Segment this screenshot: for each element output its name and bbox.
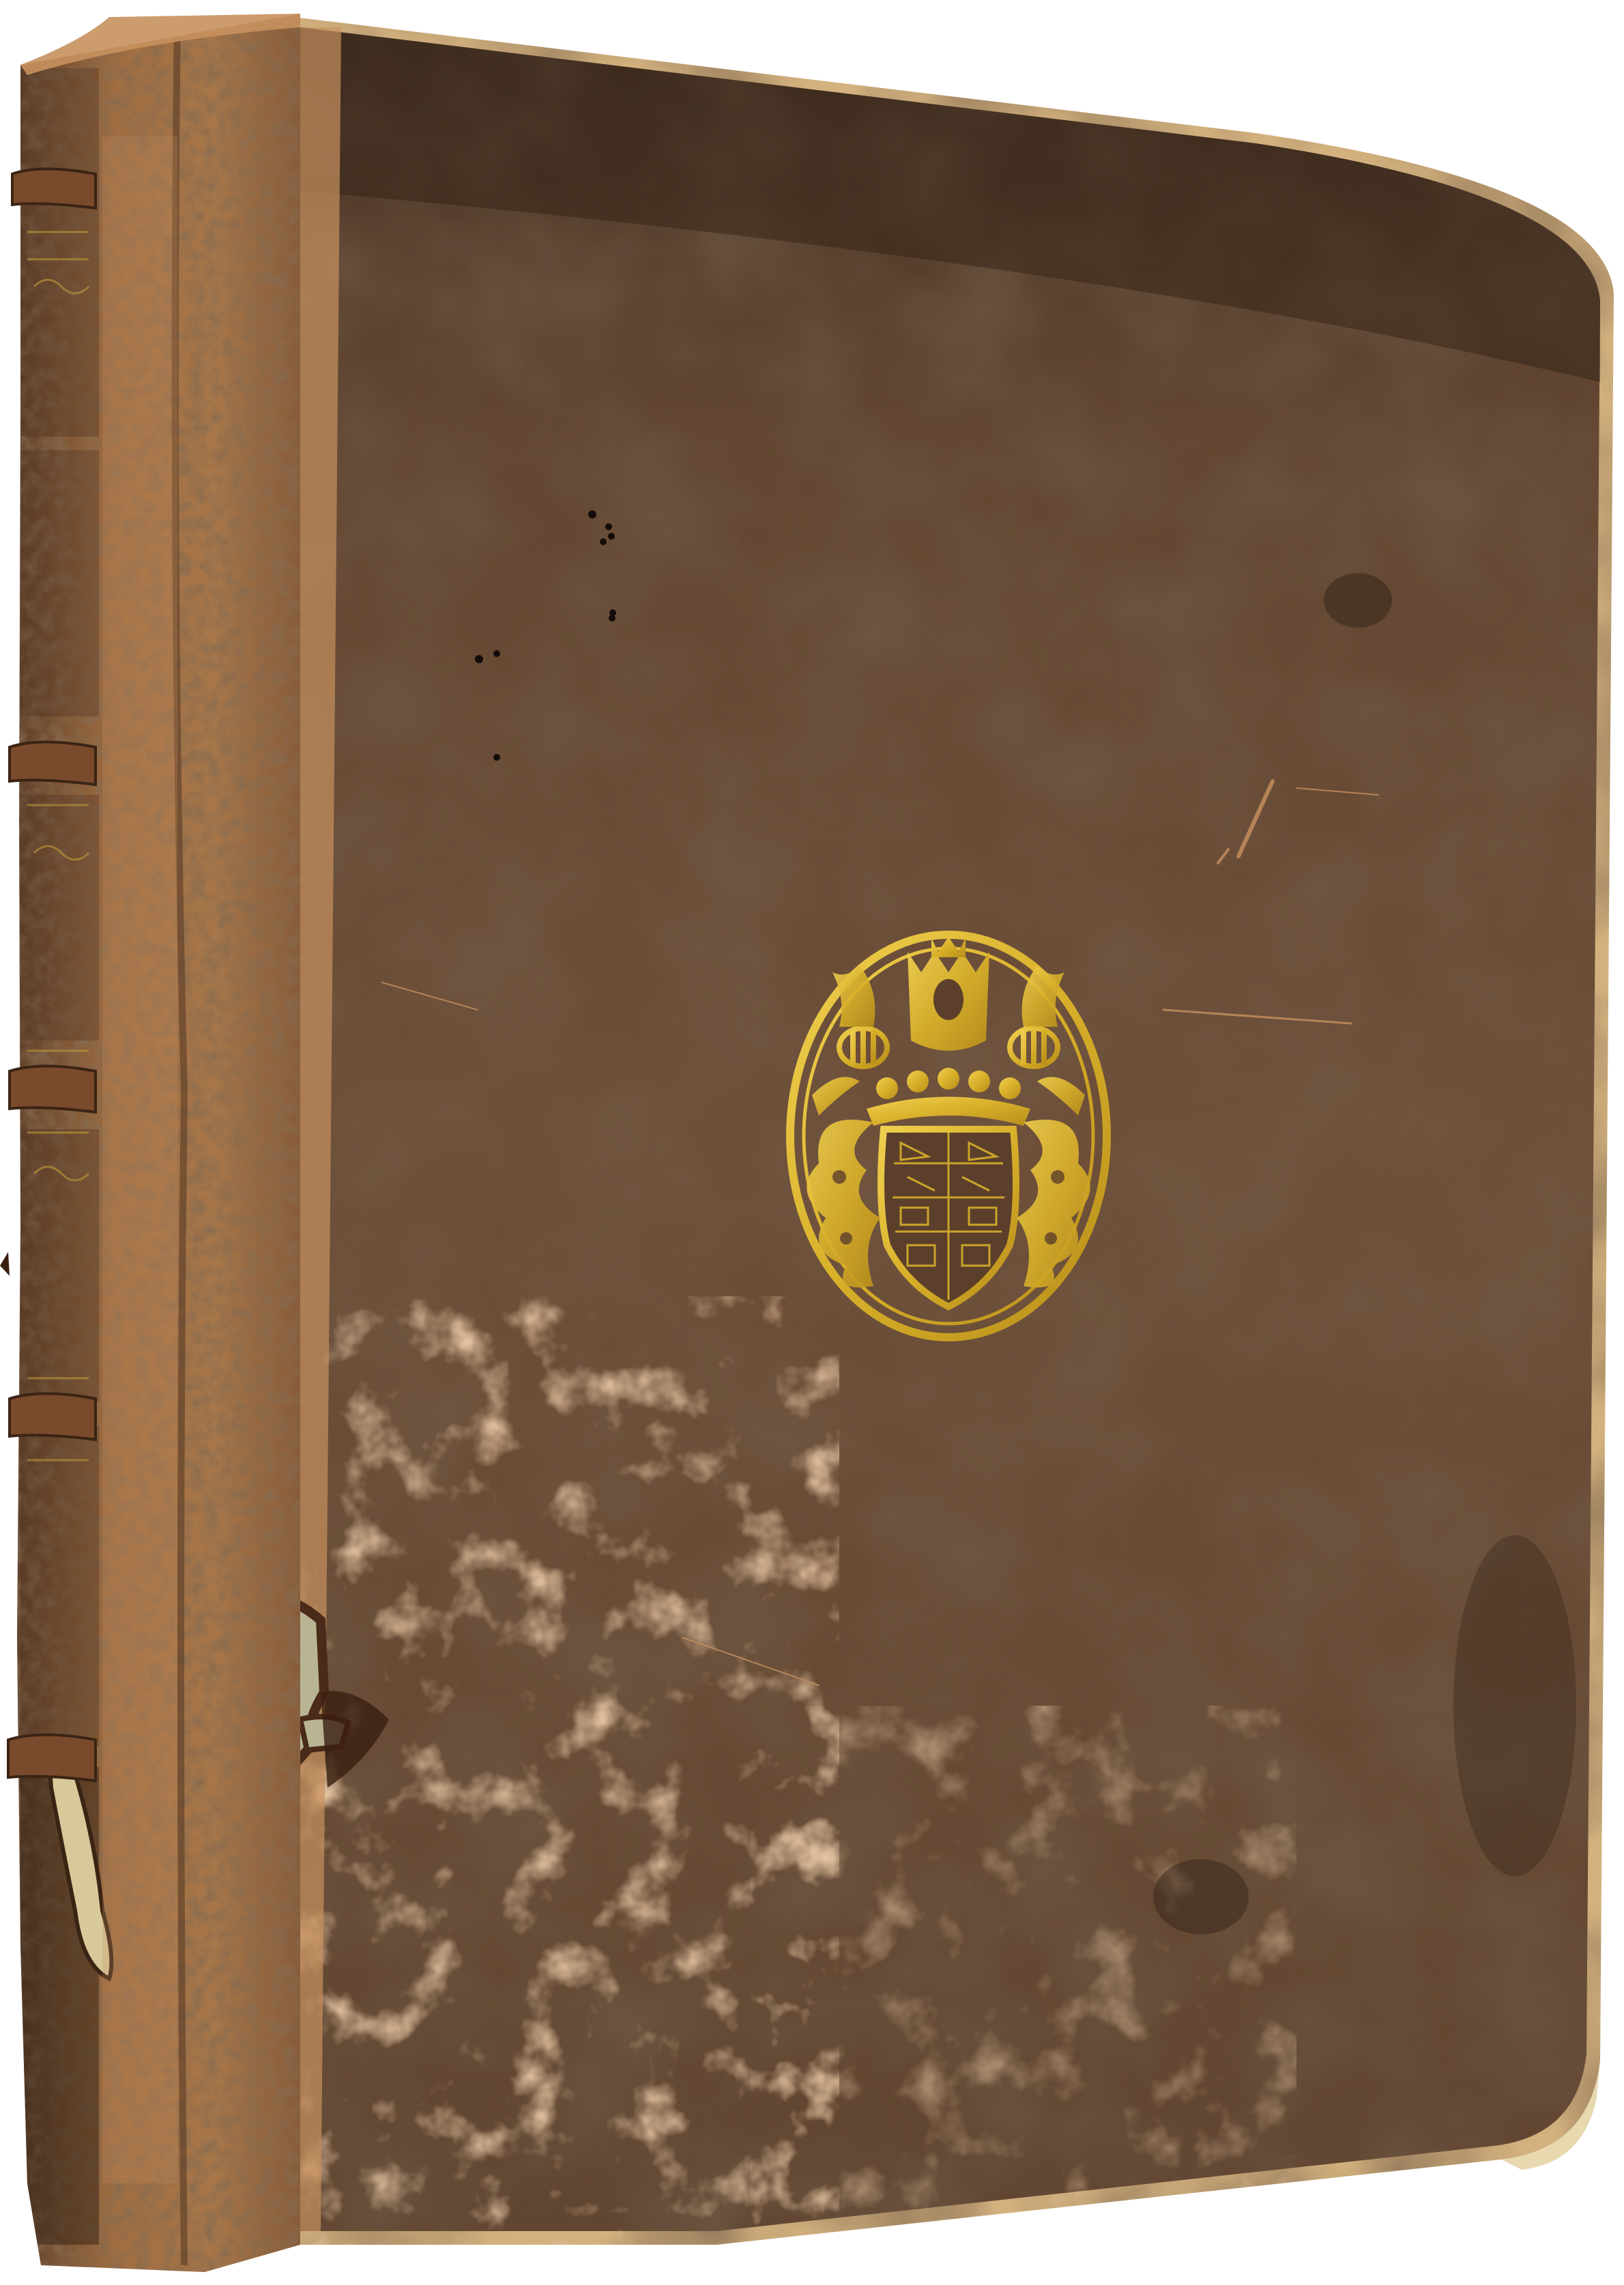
- book-illustration: [0, 0, 1624, 2285]
- book-photo: antique leather-bound book illegible (wo…: [0, 0, 1624, 2285]
- gilt-coat-of-arms-emblem: [790, 935, 1107, 1337]
- book-spine: [0, 0, 314, 2285]
